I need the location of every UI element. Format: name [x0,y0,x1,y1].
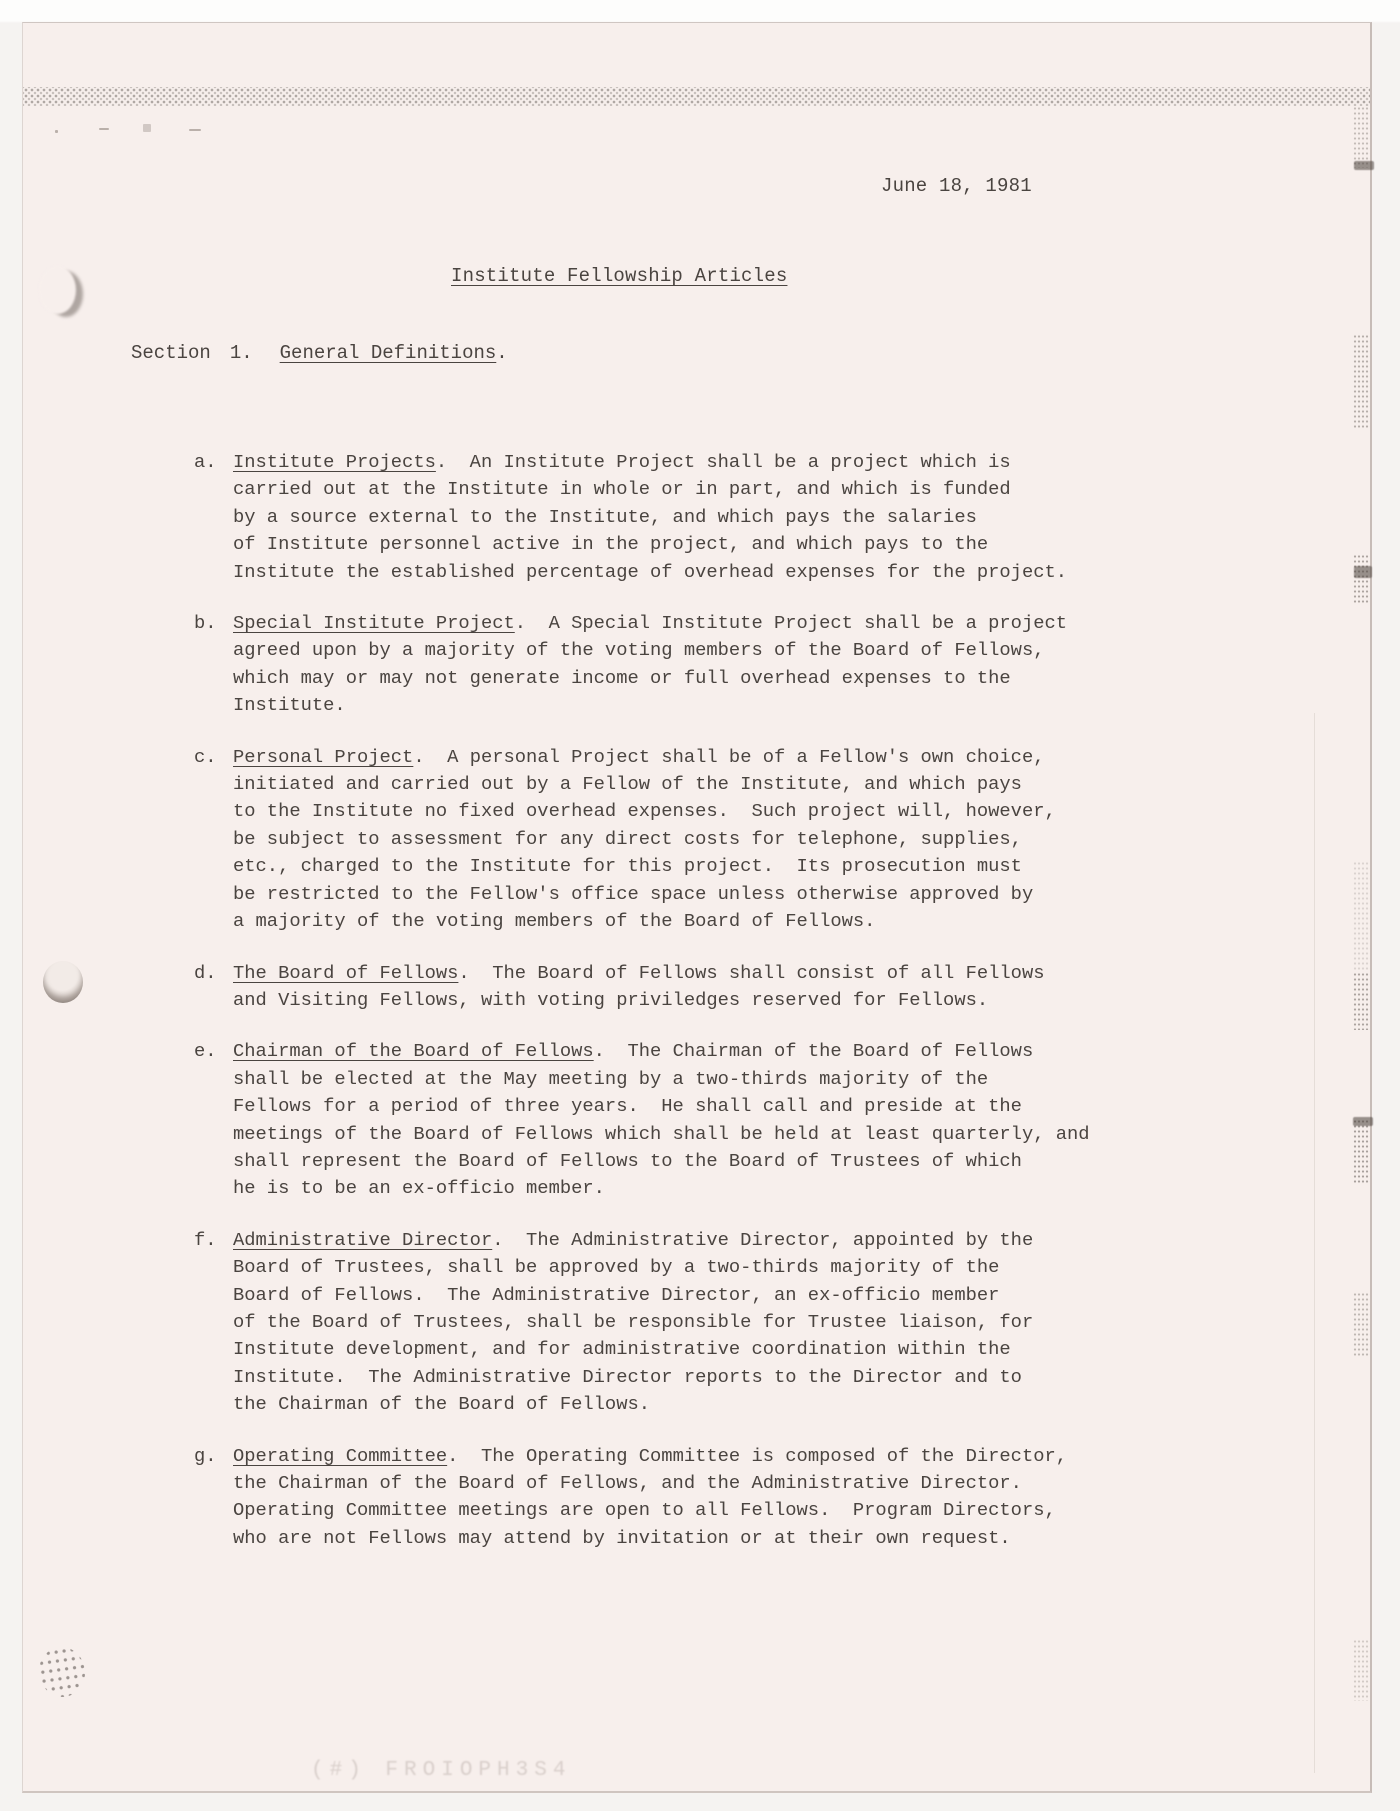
item-heading: Institute Projects [233,451,436,473]
item-letter: g. [194,1443,233,1553]
document-page: June 18, 1981 Institute Fellowship Artic… [22,22,1372,1793]
scanned-document-screenshot: { "page": { "background_color": "#f5f3f1… [0,0,1400,1811]
definition-item-c: c.Personal Project. A personal Project s… [194,744,1154,936]
definition-item-b: b.Special Institute Project. A Special I… [194,610,1154,720]
section-number: 1. [230,342,253,364]
scanner-noise-strip [1353,1639,1370,1701]
definition-item-f: f.Administrative Director. The Administr… [194,1227,1154,1419]
item-letter: f. [194,1227,233,1419]
item-letter: a. [194,449,233,586]
item-text: Institute Projects. An Institute Project… [233,449,1133,586]
item-text: Operating Committee. The Operating Commi… [233,1443,1133,1553]
item-letter: b. [194,610,233,720]
dotted-circular-mark [36,1644,89,1700]
item-text: Special Institute Project. A Special Ins… [233,610,1133,720]
pencil-smudge [143,124,151,132]
section-title: General Definitions [280,342,497,364]
document-date: June 18, 1981 [881,175,1032,197]
crescent-hole-shadow [49,271,83,317]
item-heading: Personal Project [233,746,413,768]
item-heading: Special Institute Project [233,612,515,634]
item-heading: Operating Committee [233,1445,447,1467]
document-title: Institute Fellowship Articles [451,264,787,288]
item-letter: e. [194,1038,233,1202]
scanner-noise-blob [1353,1117,1373,1126]
paper-fold-line [1314,713,1315,1773]
punched-hole [43,961,83,1003]
item-text: Administrative Director. The Administrat… [233,1227,1133,1419]
definition-item-d: d.The Board of Fellows. The Board of Fel… [194,960,1154,1015]
scanner-noise-strip [1353,1119,1370,1185]
item-text: The Board of Fellows. The Board of Fello… [233,960,1133,1015]
item-letter: d. [194,960,233,1015]
pencil-dot [55,130,58,133]
faint-pencil-marks [51,124,221,136]
item-text: Chairman of the Board of Fellows. The Ch… [233,1038,1133,1202]
faint-stamp-text: (#) FROIOPH3S4 [311,1759,571,1782]
scanner-noise-blob [1354,566,1372,578]
section-title-period: . [496,342,507,364]
scanner-noise-strip [1353,334,1370,430]
section-heading: Section1.General Definitions. [131,341,508,365]
definitions-list: a.Institute Projects. An Institute Proje… [194,449,1154,1576]
item-heading: The Board of Fellows [233,962,458,984]
document-title-text: Institute Fellowship Articles [451,265,787,287]
scanner-noise-strip [1353,861,1370,971]
definition-item-a: a.Institute Projects. An Institute Proje… [194,449,1154,586]
section-label: Section [131,342,211,364]
definition-item-g: g.Operating Committee. The Operating Com… [194,1443,1154,1553]
scanner-noise-strip [1353,1292,1370,1358]
scanner-noise-blob [1354,161,1374,170]
scanner-noise-strip [1353,106,1370,168]
definition-item-e: e.Chairman of the Board of Fellows. The … [194,1038,1154,1202]
scanner-noise-strip [1353,972,1370,1030]
item-heading: Administrative Director [233,1229,492,1251]
pencil-dash [99,128,109,130]
pencil-dash [189,129,201,131]
item-text: Personal Project. A personal Project sha… [233,744,1133,936]
scanner-halftone-band-artifact [23,87,1370,106]
item-heading: Chairman of the Board of Fellows [233,1040,594,1062]
scanner-noise-strip [1353,554,1370,604]
item-letter: c. [194,744,233,936]
